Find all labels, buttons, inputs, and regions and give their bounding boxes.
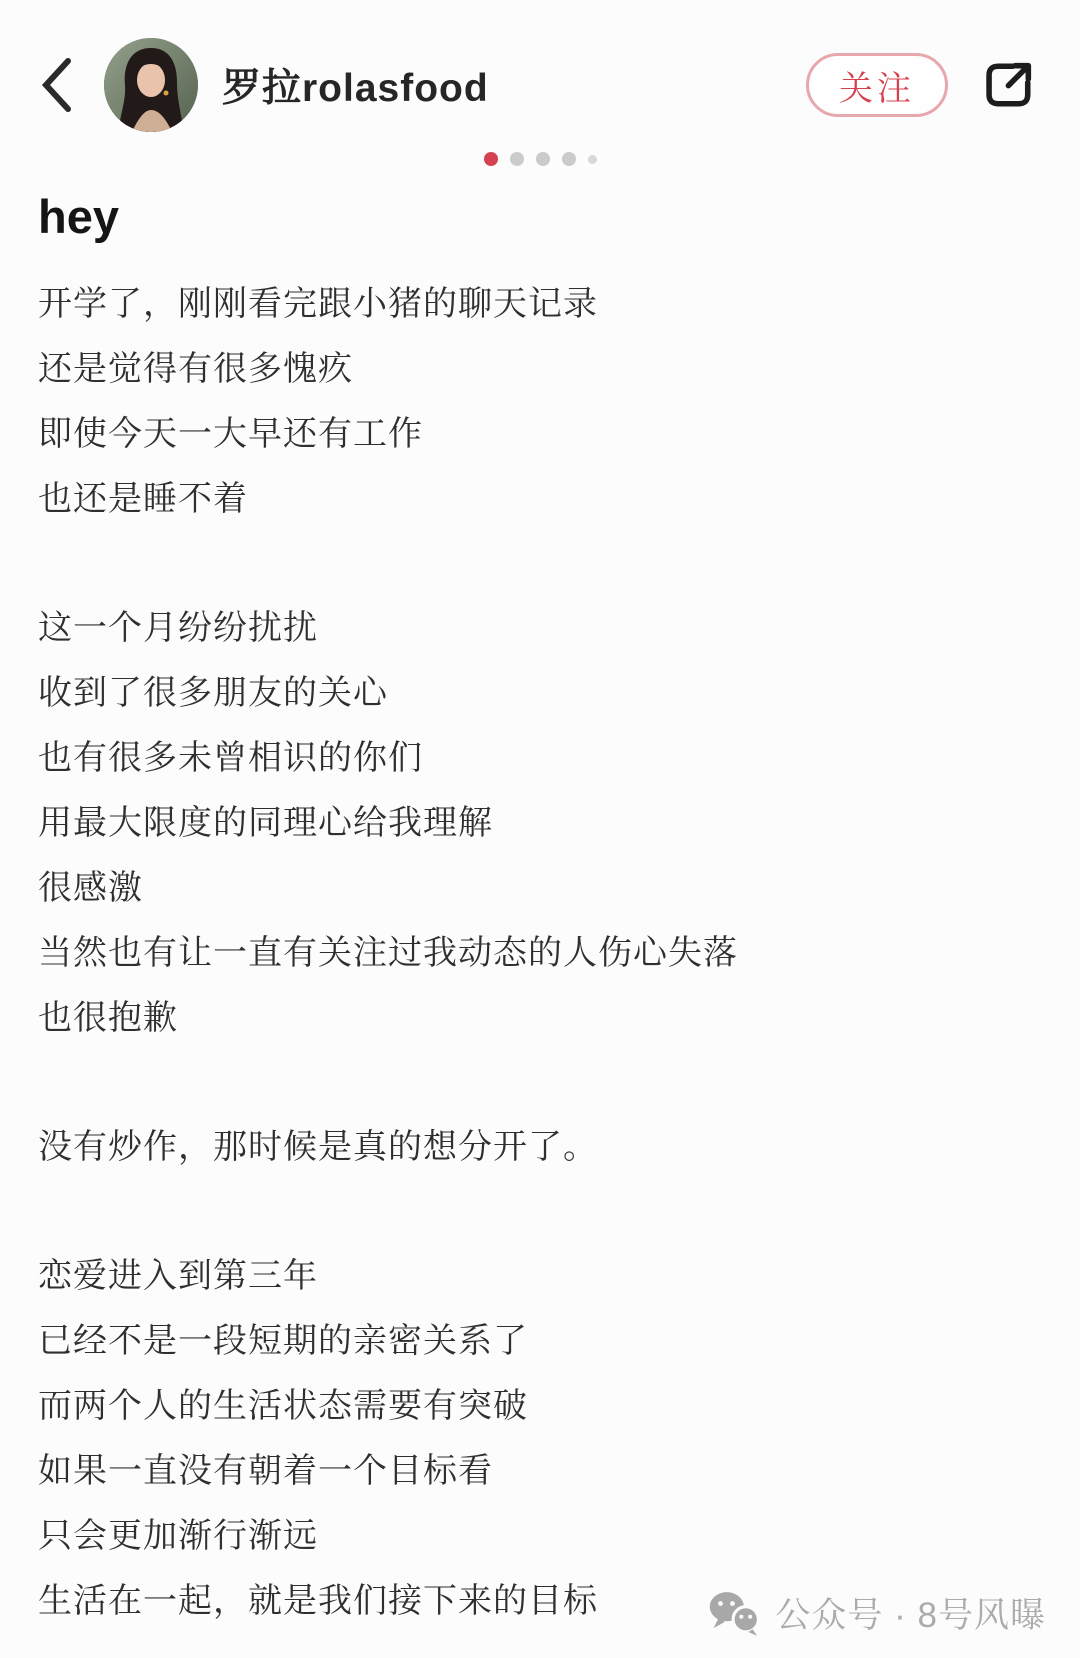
post-line: 而两个人的生活状态需要有突破 [38, 1374, 1042, 1439]
post-line: 这一个月纷纷扰扰 [38, 596, 1042, 661]
post-paragraph: 恋爱进入到第三年已经不是一段短期的亲密关系了而两个人的生活状态需要有突破如果一直… [38, 1244, 1042, 1634]
post-line: 如果一直没有朝着一个目标看 [38, 1439, 1042, 1504]
post-line: 没有炒作，那时候是真的想分开了。 [38, 1115, 1042, 1180]
post-paragraph: 这一个月纷纷扰扰收到了很多朋友的关心也有很多未曾相识的你们用最大限度的同理心给我… [38, 596, 1042, 1051]
post-line: 只会更加渐行渐远 [38, 1504, 1042, 1569]
share-button[interactable] [978, 54, 1040, 116]
share-icon [980, 56, 1038, 114]
avatar[interactable] [104, 38, 198, 132]
avatar-photo [104, 38, 198, 132]
carousel-dot[interactable] [484, 152, 498, 166]
post-line: 也有很多未曾相识的你们 [38, 726, 1042, 791]
back-button[interactable] [34, 53, 78, 117]
chevron-left-icon [38, 55, 74, 115]
carousel-dot[interactable] [510, 152, 524, 166]
post-content: hey 开学了，刚刚看完跟小猪的聊天记录还是觉得有很多愧疚即使今天一大早还有工作… [38, 186, 1042, 1634]
post-line: 收到了很多朋友的关心 [38, 661, 1042, 726]
post-paragraph: 开学了，刚刚看完跟小猪的聊天记录还是觉得有很多愧疚即使今天一大早还有工作也还是睡… [38, 272, 1042, 532]
post-line: 也很抱歉 [38, 986, 1042, 1051]
post-line: 已经不是一段短期的亲密关系了 [38, 1309, 1042, 1374]
follow-button[interactable]: 关注 [806, 53, 948, 117]
watermark: 公众号 · 8号风曝 [707, 1588, 1046, 1638]
carousel-dots [0, 152, 1080, 166]
username[interactable]: 罗拉rolasfood [222, 57, 489, 113]
post-paragraph: 没有炒作，那时候是真的想分开了。 [38, 1115, 1042, 1180]
carousel-dot[interactable] [536, 152, 550, 166]
carousel-dot[interactable] [588, 155, 597, 164]
post-line: 很感激 [38, 856, 1042, 921]
header: 罗拉rolasfood 关注 [34, 30, 1040, 140]
post-line: 也还是睡不着 [38, 467, 1042, 532]
carousel-dot[interactable] [562, 152, 576, 166]
post-line: 还是觉得有很多愧疚 [38, 337, 1042, 402]
post-line: 用最大限度的同理心给我理解 [38, 791, 1042, 856]
post-detail-screen: 罗拉rolasfood 关注 hey 开学了，刚刚看完跟小猪的聊天记录还是觉得有… [0, 0, 1080, 1658]
post-line: 即使今天一大早还有工作 [38, 402, 1042, 467]
post-paragraphs: 开学了，刚刚看完跟小猪的聊天记录还是觉得有很多愧疚即使今天一大早还有工作也还是睡… [38, 272, 1042, 1634]
post-line: 当然也有让一直有关注过我动态的人伤心失落 [38, 921, 1042, 986]
wechat-icon [707, 1589, 763, 1637]
post-line: 恋爱进入到第三年 [38, 1244, 1042, 1309]
post-line: 开学了，刚刚看完跟小猪的聊天记录 [38, 272, 1042, 337]
post-title: hey [38, 186, 1042, 248]
watermark-text: 公众号 · 8号风曝 [775, 1588, 1046, 1638]
